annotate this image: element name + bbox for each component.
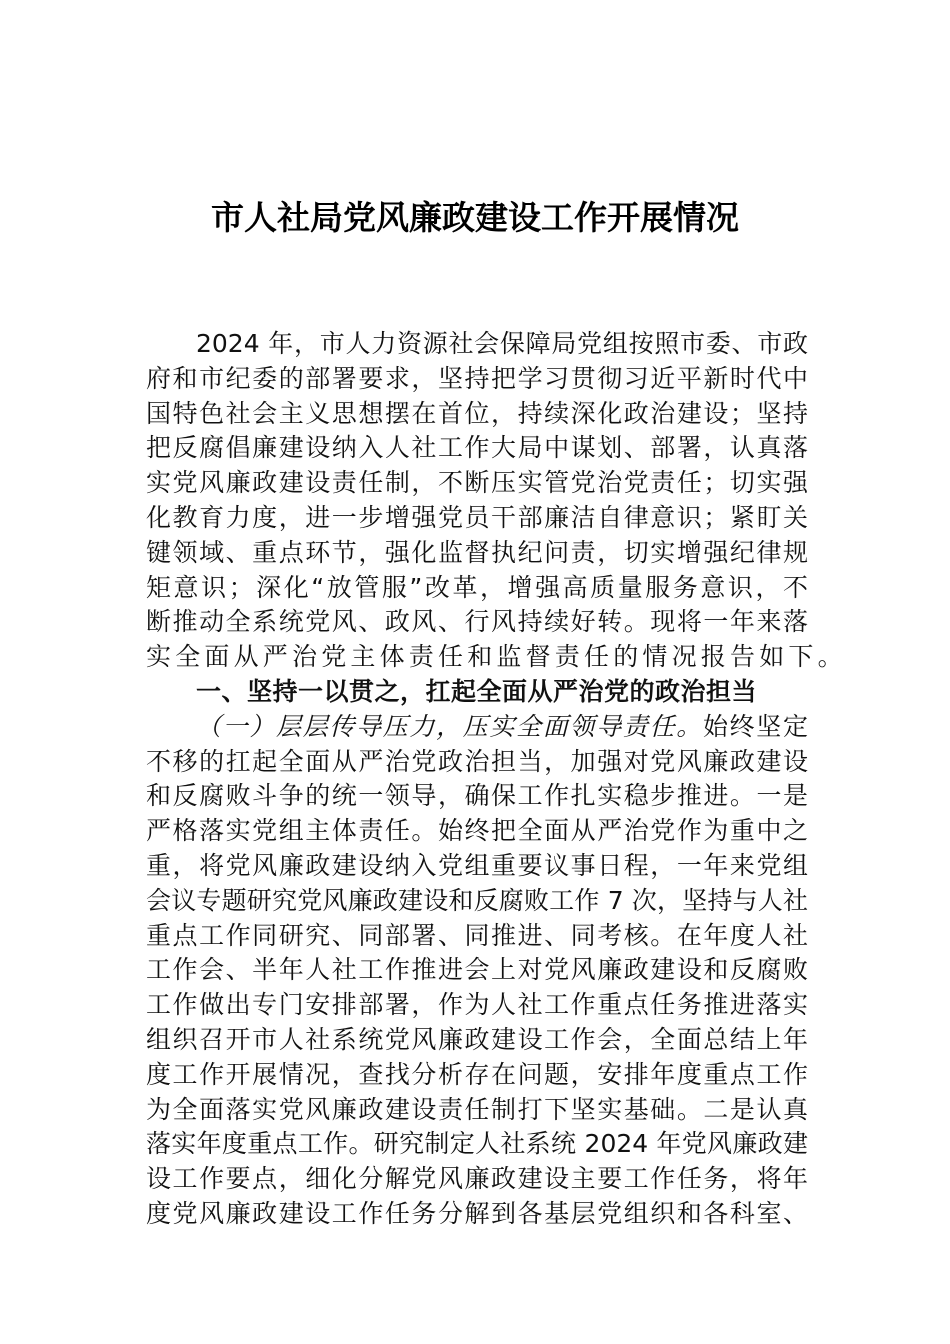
text-line: 重点工作同研究、同部署、同推进、同考核。在年度人社 <box>146 919 808 954</box>
text-line: 不移的扛起全面从严治党政治担当，加强对党风廉政建设 <box>146 745 808 780</box>
text-line: 和反腐败斗争的统一领导，确保工作扎实稳步推进。一是 <box>146 779 808 814</box>
text-line: 会议专题研究党风廉政建设和反腐败工作 7 次，坚持与人社 <box>146 884 808 919</box>
text-line: 度工作开展情况，查找分析存在问题，安排年度重点工作 <box>146 1058 808 1093</box>
text-line: 设工作要点，细化分解党风廉政建设主要工作任务，将年 <box>146 1162 808 1197</box>
text-line: 为全面落实党风廉政建设责任制打下坚实基础。二是认真 <box>146 1093 808 1128</box>
subsection-lead: （一）层层传导压力，压实全面领导责任。 <box>196 712 703 741</box>
text-line: 工作会、半年人社工作推进会上对党风廉政建设和反腐败 <box>146 953 808 988</box>
document-title: 市人社局党风廉政建设工作开展情况 <box>0 196 950 240</box>
text-line: 化教育力度，进一步增强党员干部廉洁自律意识；紧盯关 <box>146 501 808 536</box>
paragraph-intro: 2024 年，市人力资源社会保障局党组按照市委、市政 府和市纪委的部署要求，坚持… <box>146 327 808 675</box>
text-line: （一）层层传导压力，压实全面领导责任。始终坚定 <box>146 710 808 745</box>
text-line: 重，将党风廉政建设纳入党组重要议事日程，一年来党组 <box>146 849 808 884</box>
text-line: 2024 年，市人力资源社会保障局党组按照市委、市政 <box>146 327 808 362</box>
text-line: 落实年度重点工作。研究制定人社系统 2024 年党风廉政建 <box>146 1127 808 1162</box>
text-line: 实全面从严治党主体责任和监督责任的情况报告如下。 <box>146 640 808 675</box>
text-line: 键领域、重点环节，强化监督执纪问责，切实增强纪律规 <box>146 536 808 571</box>
document-page: 市人社局党风廉政建设工作开展情况 2024 年，市人力资源社会保障局党组按照市委… <box>0 0 950 1344</box>
text-line: 工作做出专门安排部署，作为人社工作重点任务推进落实 <box>146 988 808 1023</box>
text-line: 把反腐倡廉建设纳入人社工作大局中谋划、部署，认真落 <box>146 431 808 466</box>
text-line: 实党风廉政建设责任制，不断压实管党治党责任；切实强 <box>146 466 808 501</box>
document-body: 2024 年，市人力资源社会保障局党组按照市委、市政 府和市纪委的部署要求，坚持… <box>146 327 808 1232</box>
text-line: 国特色社会主义思想摆在首位，持续深化政治建设；坚持 <box>146 397 808 432</box>
text-line: 组织召开市人社系统党风廉政建设工作会，全面总结上年 <box>146 1023 808 1058</box>
text-line: 矩意识；深化“放管服”改革，增强高质量服务意识，不 <box>146 571 808 606</box>
text-line: 断推动全系统党风、政风、行风持续好转。现将一年来落 <box>146 605 808 640</box>
text-line: 府和市纪委的部署要求，坚持把学习贯彻习近平新时代中 <box>146 362 808 397</box>
text-line: 度党风廉政建设工作任务分解到各基层党组织和各科室、 <box>146 1197 808 1232</box>
subsection-lead-continuation: 始终坚定 <box>703 712 808 741</box>
section-heading: 一、坚持一以贯之，扛起全面从严治党的政治担当 <box>146 675 808 710</box>
paragraph-subsection-1: （一）层层传导压力，压实全面领导责任。始终坚定 不移的扛起全面从严治党政治担当，… <box>146 710 808 1232</box>
text-line: 严格落实党组主体责任。始终把全面从严治党作为重中之 <box>146 814 808 849</box>
